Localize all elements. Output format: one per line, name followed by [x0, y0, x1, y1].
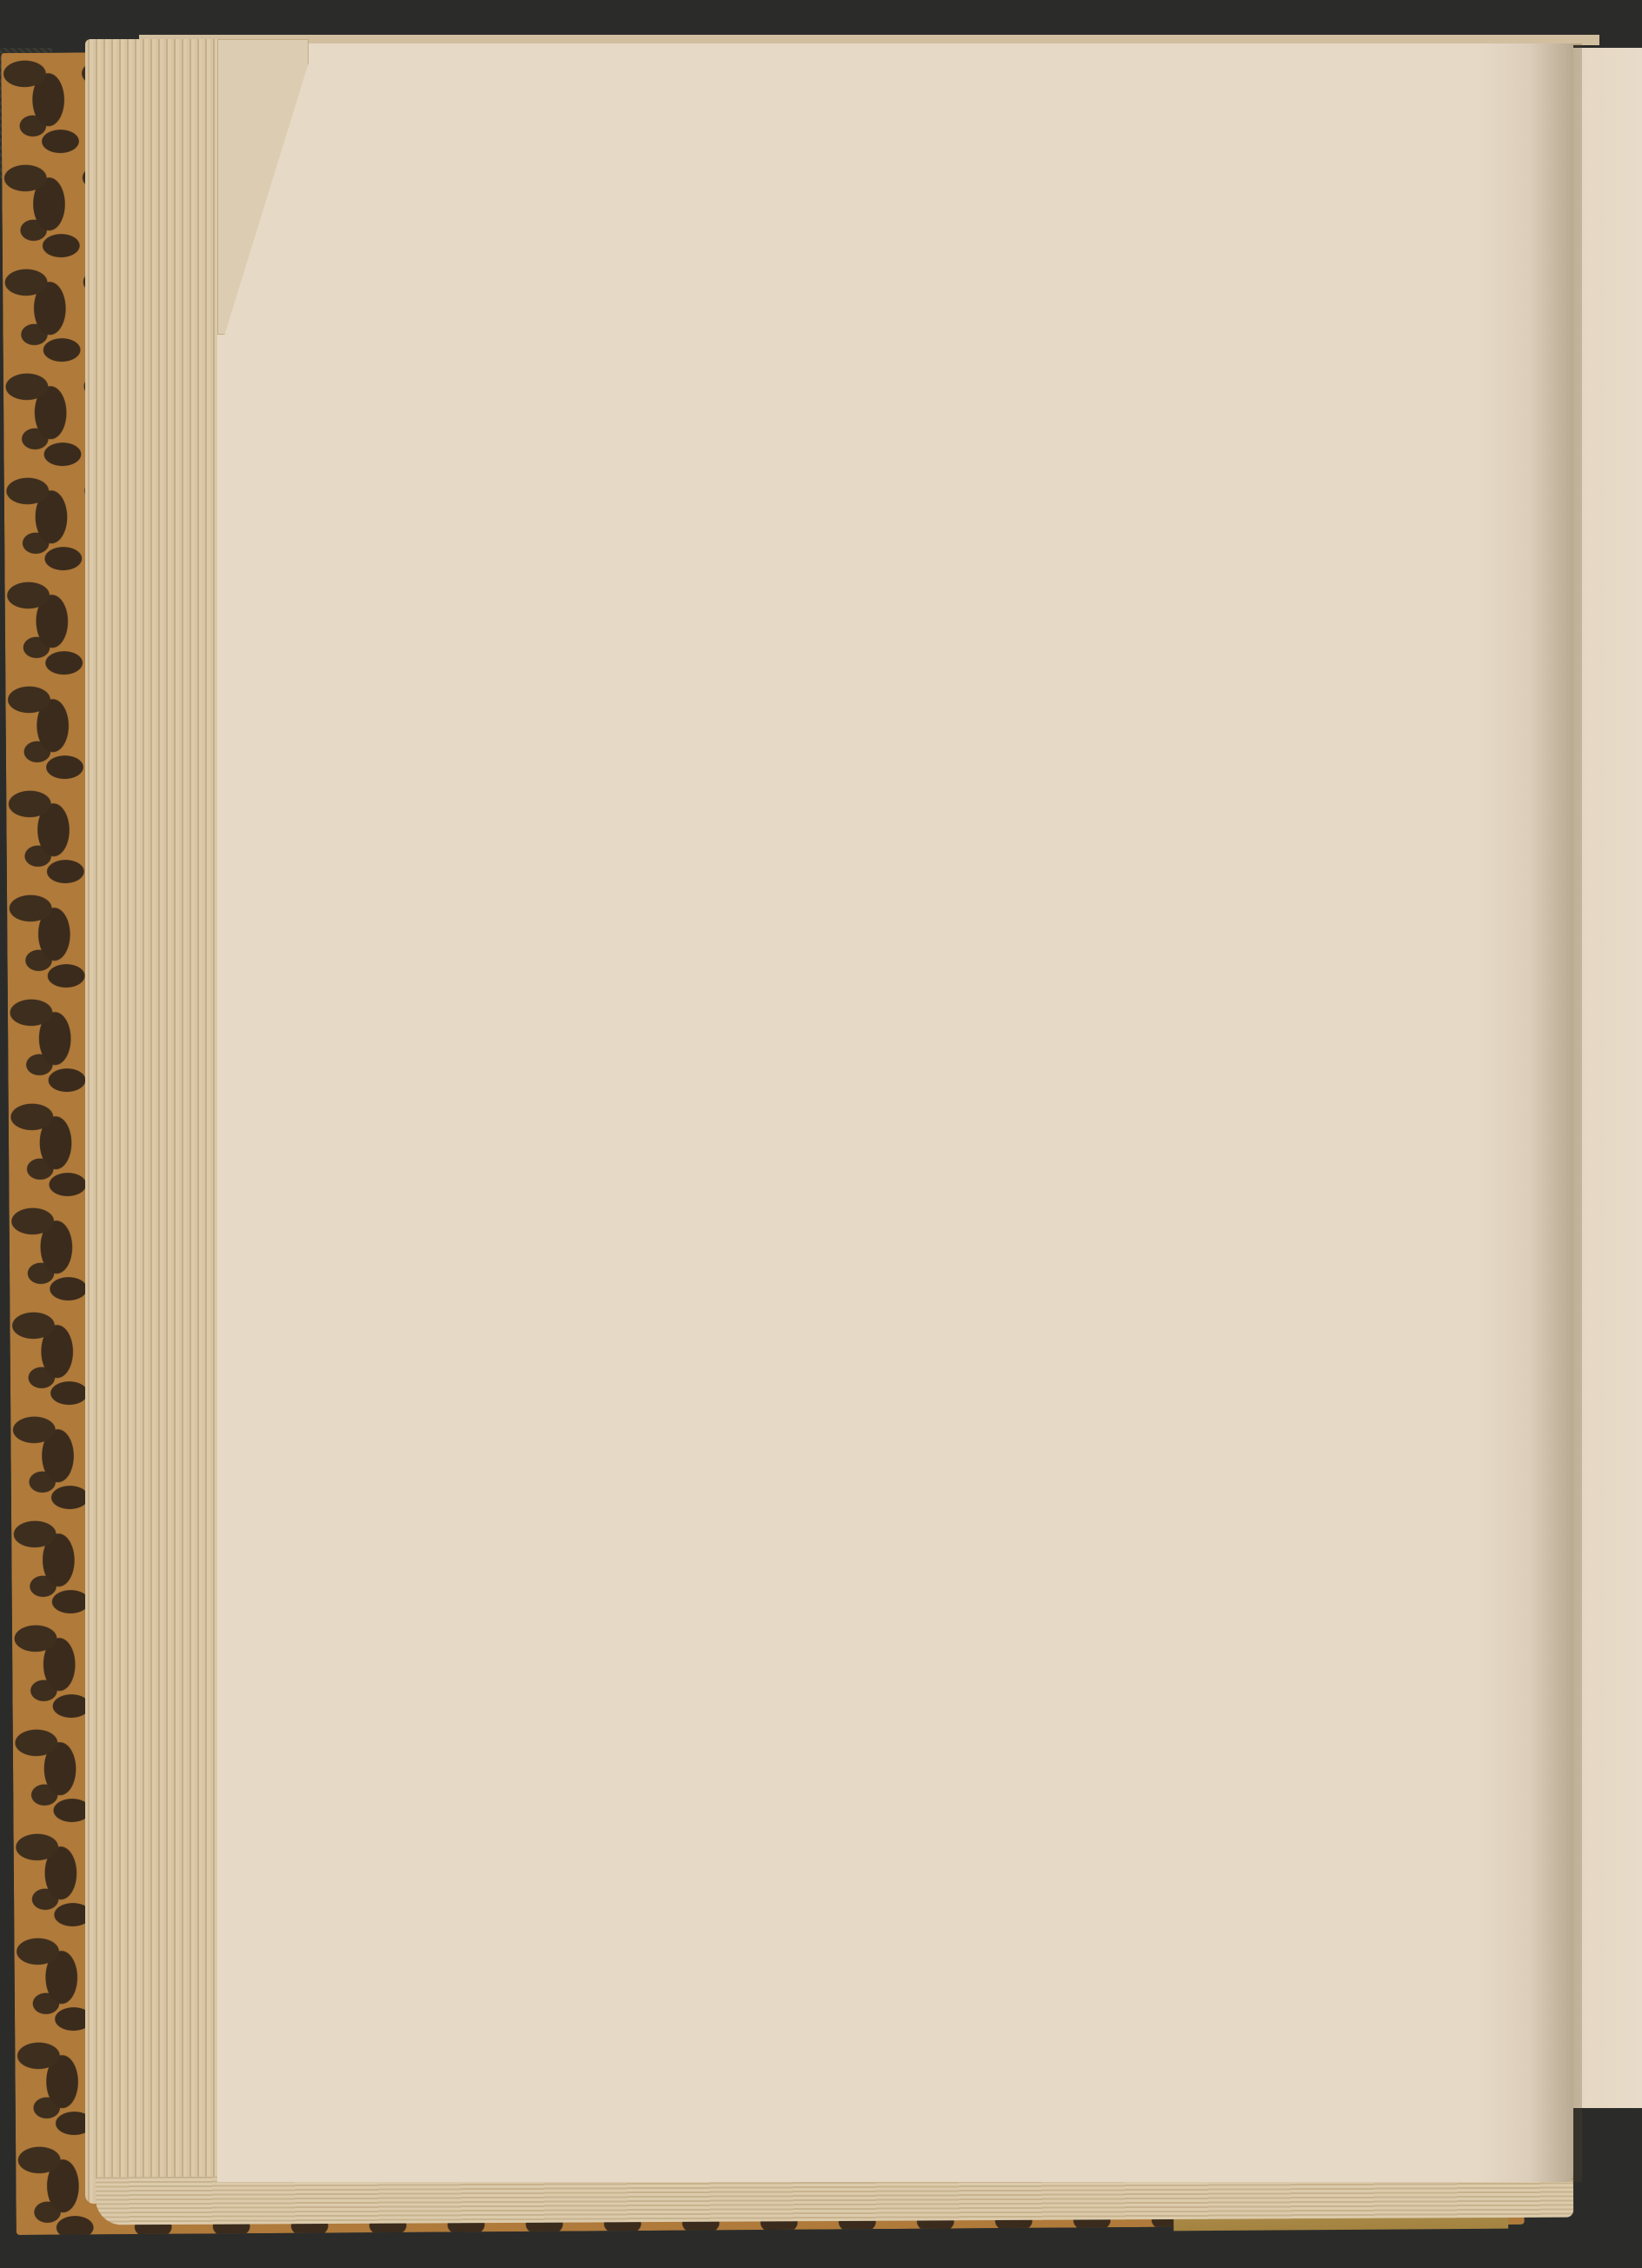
page-stack-edges [85, 39, 224, 2204]
blank-page [217, 43, 1573, 2182]
gutter-shadow [1530, 43, 1582, 2182]
